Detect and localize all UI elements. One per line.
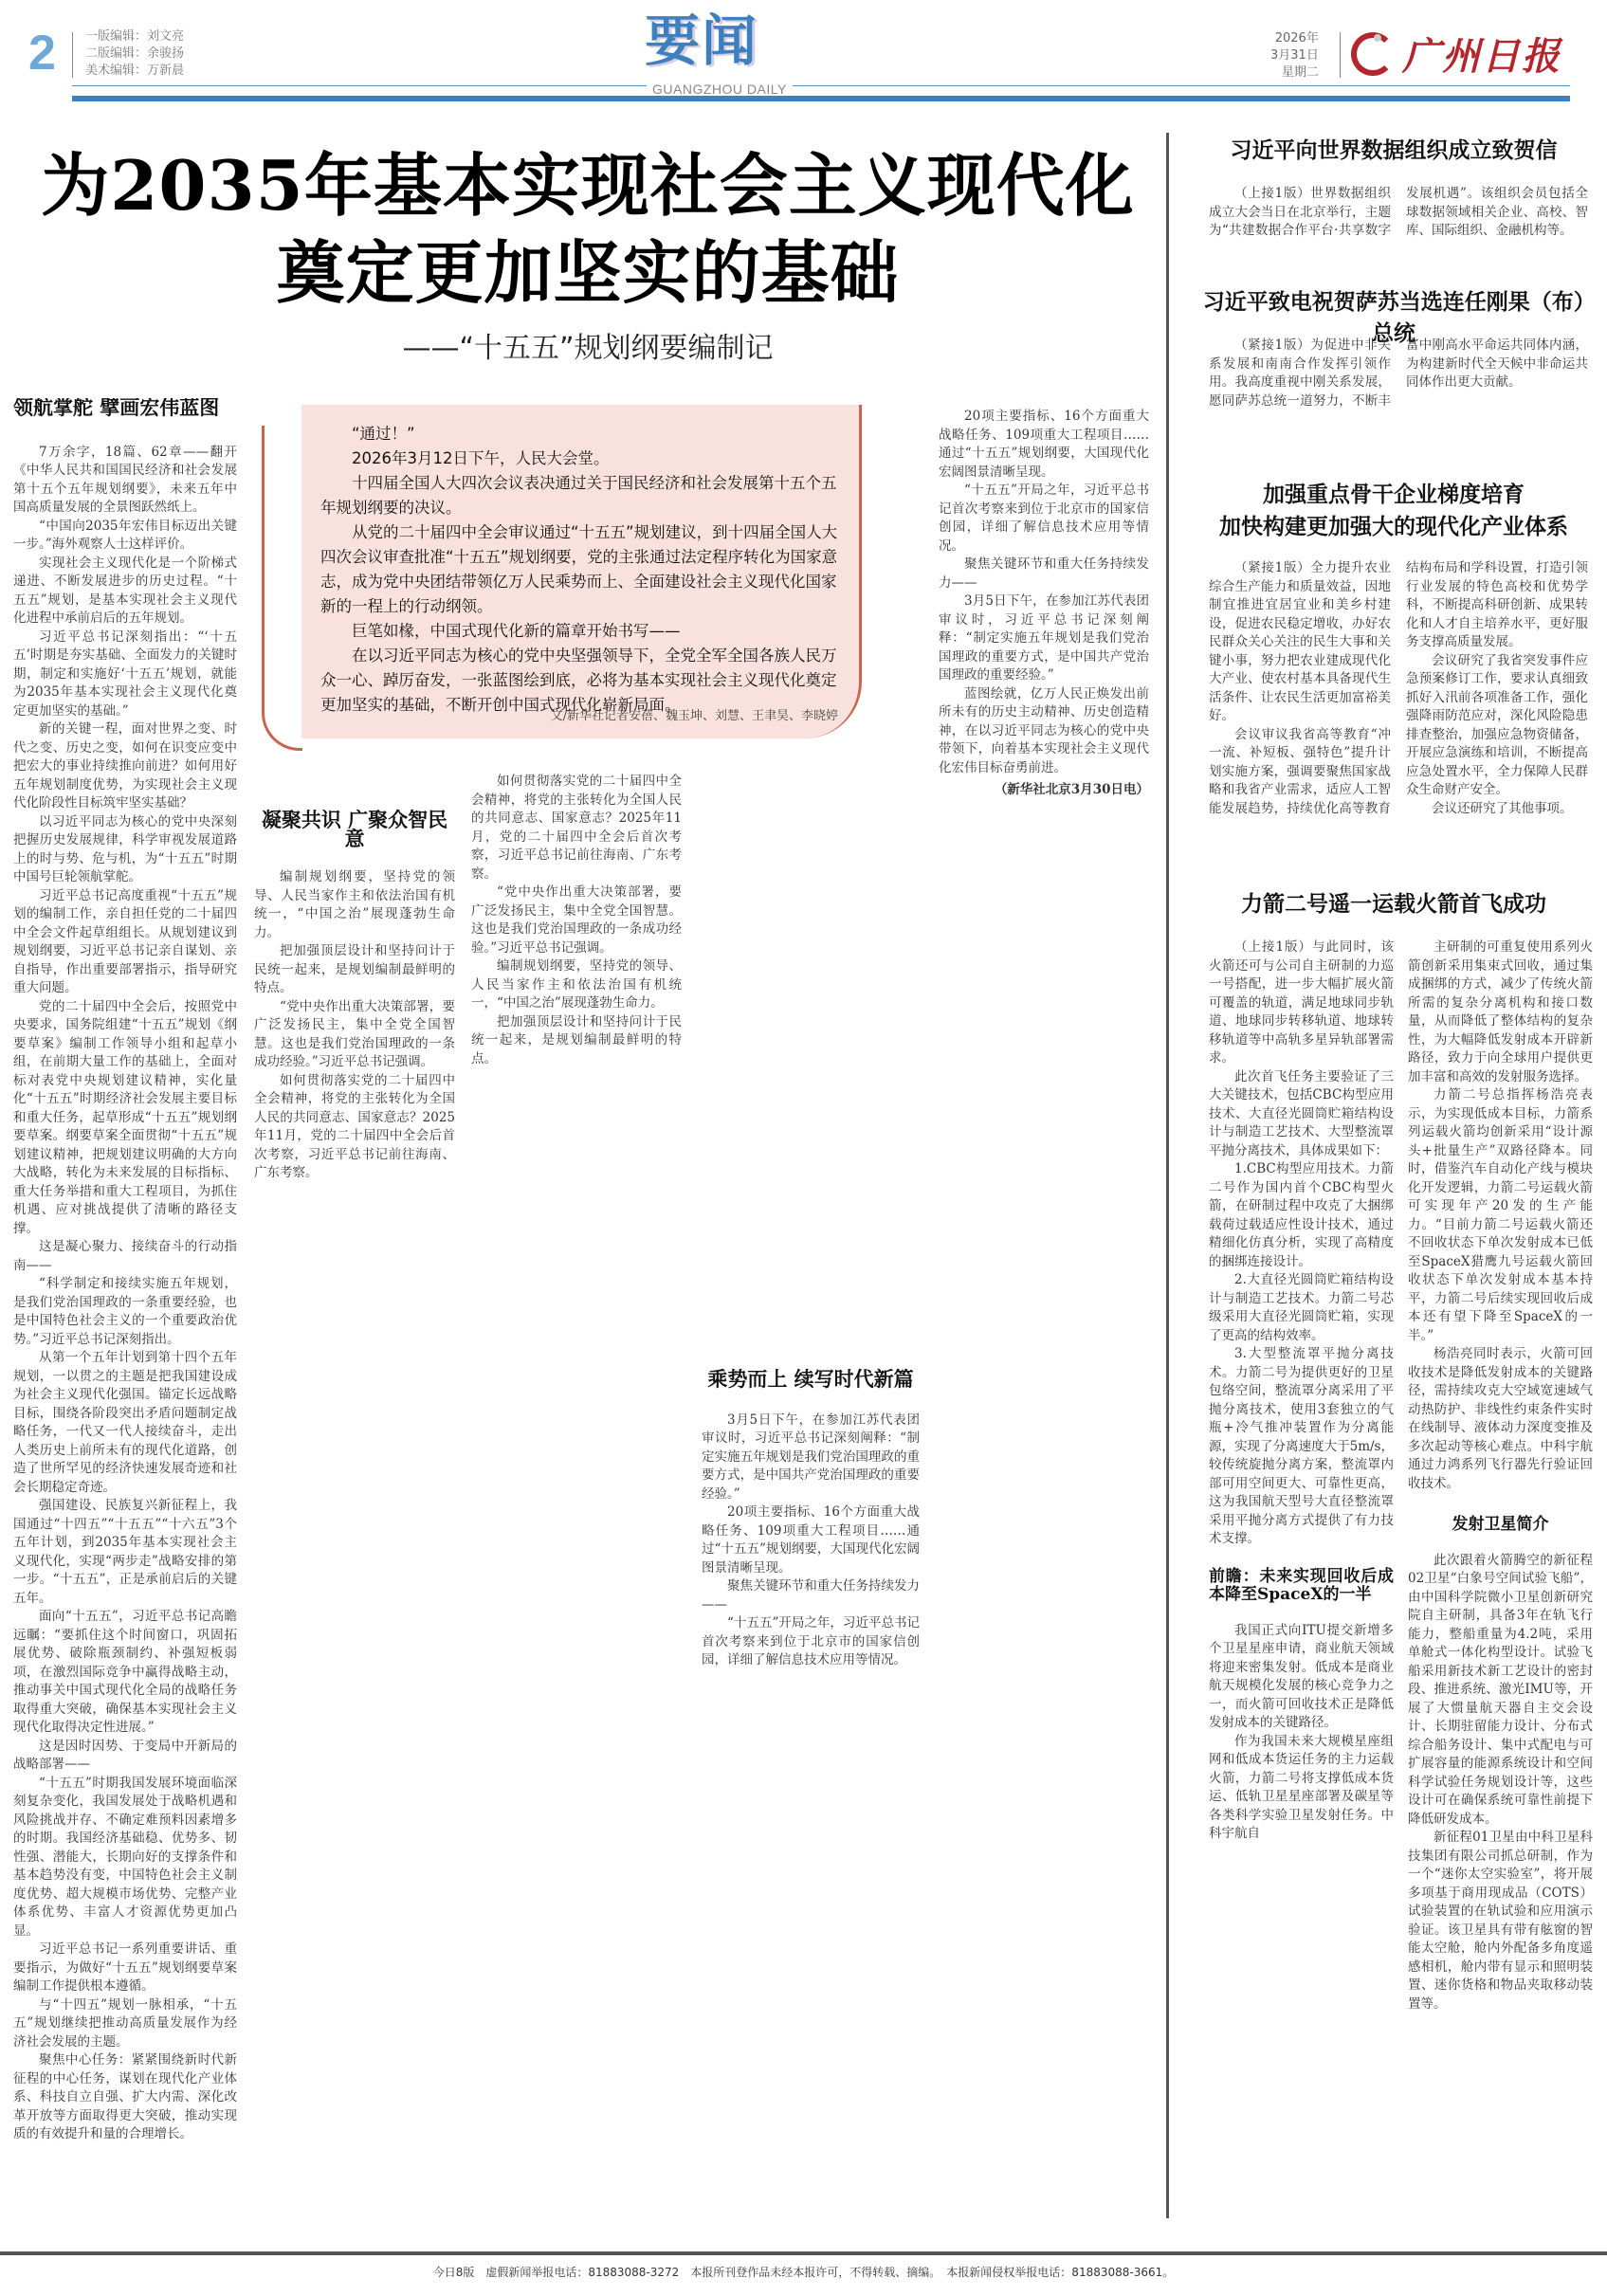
date-day: 3月31日 bbox=[1270, 47, 1319, 64]
headline-line-2: 加快构建更加强大的现代化产业体系 bbox=[1199, 511, 1588, 543]
paragraph: 强国建设、民族复兴新征程上，我国通过“十四五”“十五五”“十六五”3个五年计划，… bbox=[13, 1497, 237, 1608]
lead-column-4: 乘势而上 续写时代新篇 3月5日下午，在参加江苏代表团审议时，习近平总书记深刻阐… bbox=[702, 773, 920, 2247]
column-divider bbox=[1166, 133, 1169, 2218]
paragraph: 党的二十届四中全会后，按照党中央要求，国务院组建“十五五”规划《纲要草案》编制工… bbox=[13, 998, 237, 1239]
paragraph: 习近平总书记高度重视“十五五”规划的编制工作，亲自担任党的二十届四中全会文件起草… bbox=[13, 887, 237, 998]
section-heading: 领航掌舵 擘画宏伟蓝图 bbox=[13, 398, 237, 417]
paragraph: 1.CBC构型应用技术。力箭二号作为国内首个CBC构型火箭，在研制过程中攻克了大… bbox=[1209, 1160, 1394, 1271]
paragraph: 主研制的可重复使用系列火箭创新采用集束式回收，通过集成捆绑的方式，减少了传统火箭… bbox=[1408, 938, 1593, 1086]
lead-subheadline: ——“十五五”规划纲要编制记 bbox=[19, 324, 1157, 366]
intro-paragraph: 十四届全国人大四次会议表决通过关于国民经济和社会发展第十五个五年规划纲要的决议。 bbox=[320, 471, 840, 520]
date-divider bbox=[1340, 32, 1341, 78]
footer-rule bbox=[0, 2251, 1607, 2255]
masthead-rule-thick bbox=[72, 96, 1570, 101]
story-body-col-2: 主研制的可重复使用系列火箭创新采用集束式回收，通过集成捆绑的方式，减少了传统火箭… bbox=[1408, 938, 1593, 2218]
paragraph: 如何贯彻落实党的二十届四中全会精神，将党的主张转化为全国人民的共同意志、国家意志… bbox=[254, 1072, 455, 1183]
brand-mark-icon bbox=[1351, 32, 1395, 76]
editor-credits: 一版编辑：刘文亮 二版编辑：余骏扬 美术编辑：万新晨 bbox=[85, 28, 184, 80]
paragraph: “科学制定和接续实施五年规划，是我们党治国理政的一条重要经验，也是中国特色社会主… bbox=[13, 1275, 237, 1349]
headline-line-1: 加强重点骨干企业梯度培育 bbox=[1199, 479, 1588, 511]
newspaper-logo: 广州日报 bbox=[1351, 27, 1561, 81]
paragraph: 20项主要指标、16个方面重大战略任务、109项重大工程项目……通过“十五五”规… bbox=[939, 408, 1149, 482]
paragraph: 把加强顶层设计和坚持问计于民统一起来，是规划编制最鲜明的特点。 bbox=[254, 942, 455, 998]
paragraph: （上接1版）与此同时，该火箭还可与公司自主研制的力巡一号搭配，进一步大幅扩展火箭… bbox=[1209, 938, 1394, 1068]
story-headline: 加强重点骨干企业梯度培育 加快构建更加强大的现代化产业体系 bbox=[1199, 479, 1588, 543]
masthead-rule-thin bbox=[72, 85, 1570, 86]
story-body: （紧接1版）为促进中非关系发展和南南合作发挥引领作用。我高度重视中刚关系发展，愿… bbox=[1209, 337, 1588, 412]
story-headline: 力箭二号遥一运载火箭首飞成功 bbox=[1199, 886, 1588, 918]
paragraph: “中国向2035年宏伟目标迈出关键一步。”海外观察人士这样评价。 bbox=[13, 518, 237, 555]
paragraph: 这是凝心聚力、接续奋斗的行动指南—— bbox=[13, 1238, 237, 1275]
subsection-heading: 前瞻：未来实现回收后成本降至SpaceX的一半 bbox=[1209, 1568, 1394, 1605]
story-body-col-1: （上接1版）与此同时，该火箭还可与公司自主研制的力巡一号搭配，进一步大幅扩展火箭… bbox=[1209, 938, 1394, 2218]
paragraph: 我国正式向ITU提交新增多个卫星星座申请，商业航天领域将迎来密集发射。低成本是商… bbox=[1209, 1622, 1394, 1733]
paragraph: 3月5日下午，在参加江苏代表团审议时，习近平总书记深刻阐释：“制定实施五年规划是… bbox=[939, 592, 1149, 685]
paragraph: 习近平总书记一系列重要讲话、重要指示，为做好“十五五”规划纲要草案编制工作提供根… bbox=[13, 1941, 237, 1996]
footer-notice: 今日8版 虚假新闻举报电话：81883088-3272 本报所刊登作品未经本报许… bbox=[0, 2264, 1607, 2280]
paragraph: 2.大直径光圆筒贮箱结构设计与制造工艺技术。力箭二号芯级采用大直径光圆筒贮箱，实… bbox=[1209, 1271, 1394, 1345]
section-heading: 乘势而上 续写时代新篇 bbox=[702, 1370, 920, 1389]
intro-credit: 文/新华社记者安蓓、魏玉坤、刘慧、王聿昊、李晓婷 bbox=[551, 705, 838, 723]
intro-paragraph: 2026年3月12日下午，人民大会堂。 bbox=[320, 446, 840, 471]
story-headline: 习近平向世界数据组织成立致贺信 bbox=[1199, 133, 1588, 164]
paragraph: 以习近平同志为核心的党中央深刻把握历史发展规律，科学审视发展道路上的时与势、危与… bbox=[13, 813, 237, 887]
editor-line: 二版编辑：余骏扬 bbox=[85, 46, 184, 63]
paragraph: 7万余字，18篇、62章——翻开《中华人民共和国国民经济和社会发展第十五个五年规… bbox=[13, 444, 237, 518]
paragraph: “十五五”开局之年，习近平总书记首次考察来到位于北京市的国家信创园，详细了解信息… bbox=[939, 482, 1149, 556]
paragraph: 杨浩亮同时表示，火箭可回收技术是降低发射成本的关键路径，需持续攻克大空域宽速域气… bbox=[1408, 1345, 1593, 1493]
editor-line: 美术编辑：万新晨 bbox=[85, 63, 184, 80]
lead-column-1: 领航掌舵 擘画宏伟蓝图 7万余字，18篇、62章——翻开《中华人民共和国国民经济… bbox=[13, 398, 237, 2247]
paragraph: 面向“十五五”，习近平总书记高瞻远瞩：“要抓住这个时间窗口，巩固拓展优势、破除瓶… bbox=[13, 1608, 237, 1738]
editor-line: 一版编辑：刘文亮 bbox=[85, 28, 184, 46]
paragraph: 3.大型整流罩平抛分离技术。力箭二号为提供更好的卫星包络空间，整流罩分离采用了平… bbox=[1209, 1345, 1394, 1549]
page-number: 2 bbox=[28, 28, 56, 78]
story-body: （紧接1版）全力提升农业综合生产能力和质量效益，因地制宜推进宜居宜业和美乡村建设… bbox=[1209, 559, 1588, 825]
lead-column-3: 如何贯彻落实党的二十届四中全会精神，将党的主张转化为全国人民的共同意志、国家意志… bbox=[471, 773, 682, 2247]
paragraph: 20项主要指标、16个方面重大战略任务、109项重大工程项目……通过“十五五”规… bbox=[702, 1503, 920, 1577]
paragraph: 习近平总书记深刻指出：“‘十五五’时期是夯实基础、全面发力的关键时期，制定和实施… bbox=[13, 629, 237, 721]
paragraph: “党中央作出重大决策部署，要广泛发扬民主，集中全党全国智慧。这也是我们党治国理政… bbox=[471, 884, 682, 957]
section-heading: 凝聚共识 广聚众智民意 bbox=[254, 811, 455, 847]
lead-column-2: 凝聚共识 广聚众智民意 编制规划纲要，坚持党的领导、人民当家作主和依法治国有机统… bbox=[254, 773, 455, 2247]
brand-name: 广州日报 bbox=[1402, 27, 1561, 81]
paragraph: 新征程01卫星由中科卫星科技集团有限公司抓总研制，作为一个“迷你太空实验室”，将… bbox=[1408, 1829, 1593, 2014]
paragraph: 会议还研究了其他事项。 bbox=[1406, 800, 1588, 819]
date-weekday: 星期二 bbox=[1270, 64, 1319, 82]
issue-date: 2026年 3月31日 星期二 bbox=[1270, 30, 1319, 82]
paragraph: 实现社会主义现代化是一个阶梯式递进、不断发展进步的历史过程。“十五五”规划，是基… bbox=[13, 555, 237, 629]
intro-paragraph: 从党的二十届四中全会审议通过“十五五”规划建议，到十四届全国人大四次会议审查批准… bbox=[320, 520, 840, 619]
story-body: （上接1版）世界数据组织成立大会当日在北京举行，主题为“共建数据合作平台·共享数… bbox=[1209, 185, 1588, 242]
intro-text: “通过！” 2026年3月12日下午，人民大会堂。 十四届全国人大四次会议表决通… bbox=[320, 422, 840, 718]
paragraph: 作为我国未来大规模星座组网和低成本货运任务的主力运载火箭，力箭二号将支撑低成本货… bbox=[1209, 1733, 1394, 1844]
intro-paragraph: “通过！” bbox=[320, 422, 840, 446]
editor-divider bbox=[72, 32, 73, 78]
paragraph: 此次跟着火箭腾空的新征程02卫星“白象号空间试验飞船”，由中国科学院微小卫星创新… bbox=[1408, 1552, 1593, 1830]
paragraph: 3月5日下午，在参加江苏代表团审议时，习近平总书记深刻阐释：“制定实施五年规划是… bbox=[702, 1412, 920, 1504]
paragraph: 蓝图绘就，亿万人民正焕发出前所未有的历史主动精神、历史创造精神，在以习近平同志为… bbox=[939, 685, 1149, 778]
headline-line-2: 奠定更加坚实的基础 bbox=[19, 229, 1157, 317]
paragraph: 从第一个五年计划到第十四个五年规划，一以贯之的主题是把我国建设成为社会主义现代化… bbox=[13, 1349, 237, 1497]
intro-box: “通过！” 2026年3月12日下午，人民大会堂。 十四届全国人大四次会议表决通… bbox=[301, 405, 862, 738]
paragraph: 编制规划纲要，坚持党的领导、人民当家作主和依法治国有机统一，“中国之治”展现蓬勃… bbox=[471, 957, 682, 1013]
paragraph: 会议研究了我省突发事件应急预案修订工作，要求认真细致抓好入汛前各项准备工作，强化… bbox=[1406, 652, 1588, 800]
subsection-heading: 发射卫星简介 bbox=[1408, 1516, 1593, 1535]
paragraph: 把加强顶层设计和坚持问计于民统一起来，是规划编制最鲜明的特点。 bbox=[471, 1013, 682, 1069]
paragraph: 如何贯彻落实党的二十届四中全会精神，将党的主张转化为全国人民的共同意志、国家意志… bbox=[471, 773, 682, 884]
intro-paragraph: 巨笔如椽，中国式现代化新的篇章开始书写—— bbox=[320, 619, 840, 644]
paragraph: （上接1版）世界数据组织成立大会当日在北京举行，主题为“共建数据合作平台·共享数… bbox=[1209, 185, 1588, 241]
section-title: 要闻 bbox=[645, 13, 758, 68]
paragraph: 与“十四五”规划一脉相承，“十五五”规划继续把推动高质量发展作为经济社会发展的主… bbox=[13, 1996, 237, 2052]
paragraph: 聚焦中心任务：紧紧围绕新时代新征程的中心任务，谋划在现代化产业体系、科技自立自强… bbox=[13, 2051, 237, 2144]
paragraph: 这是因时因势、于变局中开新局的战略部署—— bbox=[13, 1738, 237, 1775]
paragraph: （紧接1版）为促进中非关系发展和南南合作发挥引领作用。我高度重视中刚关系发展，愿… bbox=[1209, 337, 1588, 410]
paragraph: “十五五”开局之年，习近平总书记首次考察来到位于北京市的国家信创园，详细了解信息… bbox=[702, 1614, 920, 1670]
paragraph: 聚焦关键环节和重大任务持续发力—— bbox=[939, 556, 1149, 592]
paragraph: （紧接1版）全力提升农业综合生产能力和质量效益，因地制宜推进宜居宜业和美乡村建设… bbox=[1209, 559, 1391, 726]
paragraph: “十五五”时期我国发展环境面临深刻复杂变化，我国发展处于战略机遇和风险挑战并存、… bbox=[13, 1775, 237, 1941]
headline-line-1: 为2035年基本实现社会主义现代化 bbox=[19, 142, 1157, 229]
date-year: 2026年 bbox=[1270, 30, 1319, 47]
paragraph: 聚焦关键环节和重大任务持续发力—— bbox=[702, 1577, 920, 1614]
dateline: （新华社北京3月30日电） bbox=[939, 781, 1149, 800]
paragraph: 此次首飞任务主要验证了三大关键技术，包括CBC构型应用技术、大直径光圆筒贮箱结构… bbox=[1209, 1068, 1394, 1161]
lead-column-5: 20项主要指标、16个方面重大战略任务、109项重大工程项目……通过“十五五”规… bbox=[939, 408, 1149, 2247]
paragraph: “党中央作出重大决策部署，要广泛发扬民主，集中全党全国智慧。这也是我们党治国理政… bbox=[254, 998, 455, 1072]
paragraph: 编制规划纲要，坚持党的领导、人民当家作主和依法治国有机统一，“中国之治”展现蓬勃… bbox=[254, 868, 455, 942]
paragraph: 新的关键一程，面对世界之变、时代之变、历史之变，如何在识变应变中把宏大的事业持续… bbox=[13, 720, 237, 813]
lead-headline: 为2035年基本实现社会主义现代化 奠定更加坚实的基础 bbox=[19, 142, 1157, 317]
section-subtitle: GUANGZHOU DAILY bbox=[647, 82, 793, 97]
paragraph: 力箭二号总指挥杨浩亮表示，为实现低成本目标，力箭系列运载火箭均创新采用“设计源头… bbox=[1408, 1086, 1593, 1345]
